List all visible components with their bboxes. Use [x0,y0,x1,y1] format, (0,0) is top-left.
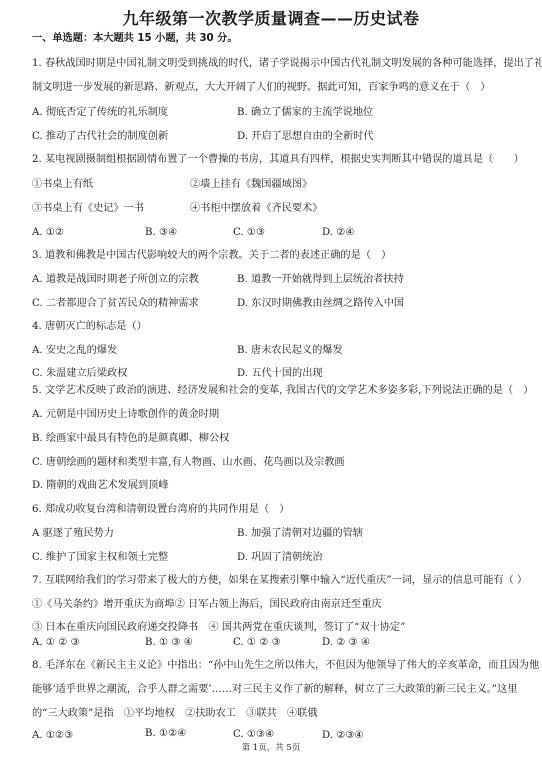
q1-stem-line-1: 1. 春秋战国时期是中国礼制文明受到挑战的时代，诸子学说揭示中国古代礼制文明发展… [32,57,542,71]
q5-option-d: D. 隋朝的戏曲艺术发展到顶峰 [32,479,169,493]
q4-option-a: A. 安史之乱的爆发 [32,344,117,358]
q1-option-a: A. 彻底否定了传统的礼乐制度 [32,106,168,120]
q1-option-b: B. 确立了儒家的主流学说地位 [237,106,373,120]
q5-option-a: A. 元朝是中国历史上诗歌创作的黄金时期 [32,408,219,422]
q2-item-3: ③书桌上有《史记》一书 [32,202,144,216]
q2-item-1: ①书桌上有纸 [32,178,93,192]
q7-item-line-2: ③ 日本在重庆向国民政府递交投降书 ④ 国共两党在重庆谈判，签订了“双十协定” [32,621,405,635]
q7-option-c: C. ① ② ③ [233,636,281,650]
exam-page: 九年级第一次教学质量调查——历史试卷 一、单选题：本大题共 15 小题，共 30… [0,0,542,764]
q6-option-c: C. 维护了国家主权和领土完整 [32,551,168,565]
q1-option-c: C. 推动了古代社会的制度创新 [32,130,168,144]
q7-option-b: B. ① ③ ④ [145,636,193,650]
q5-option-c: C. 唐朝绘画的题材和类型丰富,有人物画、山水画、花鸟画以及宗教画 [32,456,345,470]
section-heading: 一、单选题：本大题共 15 小题，共 30 分。 [32,32,238,46]
q3-option-b: B. 道教一开始就得到上层统治者扶持 [237,273,404,287]
q4-option-b: B. 唐末农民起义的爆发 [237,344,343,358]
q4-option-d: D. 五代十国的出现 [237,367,323,381]
q2-item-4: ④书柜中摆放着《齐民要术》 [190,202,322,216]
q2-option-a: A. ①② [32,226,64,240]
q2-option-d: D. ②④ [322,226,355,240]
q8-stem-line-2: 能够‘适乎世界之潮流，合乎人群之需要’……对三民主义作了新的解释，树立了三大政策… [32,683,517,697]
q7-item-line-1: ①《马关条约》增开重庆为商埠② 日军占领上海后，国民政府由南京迁至重庆 [32,598,382,612]
q1-stem-line-2: 制文明进一步发展的新思路、新观点，大大开阔了人们的视野。据此可知，百家争鸣的意义… [32,81,490,95]
q5-option-b: B. 绘画家中最具有特色的是颜真卿、柳公权 [32,432,229,446]
q8-option-c: C. ①③④ [233,728,274,742]
q2-option-c: C. ①③ [233,226,265,240]
q8-stem-line-1: 8. 毛泽东在《新民主主义论》中指出：“孙中山先生之所以伟大，不但因为他领导了伟… [32,659,539,673]
q1-option-d: D. 开启了思想自由的全新时代 [237,130,374,144]
q3-option-a: A. 道教是战国时期老子所创立的宗教 [32,273,199,287]
q6-stem: 6. 郑成功收复台湾和清朝设置台湾府的共同作用是（ ） [32,503,289,517]
q7-option-d: D. ② ③ ④ [322,636,370,650]
exam-title: 九年级第一次教学质量调查——历史试卷 [0,6,542,29]
q6-option-b: B. 加强了清朝对边疆的管辖 [237,527,363,541]
q8-stem-line-3: 的“三大政策”是指 ①平均地权 ②扶助农工 ③联共 ④联俄 [32,707,317,721]
q2-stem: 2. 某电视剧摄制组根据剧情布置了一个曹操的书房，其道具有四样，根据史实判断其中… [32,153,524,167]
q6-option-a: A 驱逐了殖民势力 [32,527,114,541]
q3-option-d: D. 东汉时期佛教由丝绸之路传入中国 [237,297,404,311]
q2-item-2: ②墙上挂有《魏国疆域图》 [190,178,312,192]
q8-option-b: B. ①②④ [145,727,186,741]
q3-option-c: C. 二者都迎合了贫苦民众的精神需求 [32,297,199,311]
q2-option-b: B. ③④ [145,226,177,240]
q4-option-c: C. 朱温建立后梁政权 [32,367,127,381]
q5-stem: 5. 文学艺术反映了政治的演进、经济发展和社会的变革, 我国古代的文学艺术多姿多… [32,384,533,398]
q4-stem: 4. 唐朝灭亡的标志是（） [32,320,147,334]
q7-stem: 7. 互联网给我们的学习带来了极大的方便，如果在某搜索引擎中输入“近代重庆”一词… [32,574,527,588]
q7-option-a: A. ① ② ③ [32,636,80,650]
q3-stem: 3. 道教和佛教是中国古代影响较大的两个宗教。关于二者的表述正确的是（ ） [32,249,391,263]
q6-option-d: D. 巩固了清朝统治 [237,551,323,565]
page-footer: 第 1页，共 5页 [0,741,542,753]
